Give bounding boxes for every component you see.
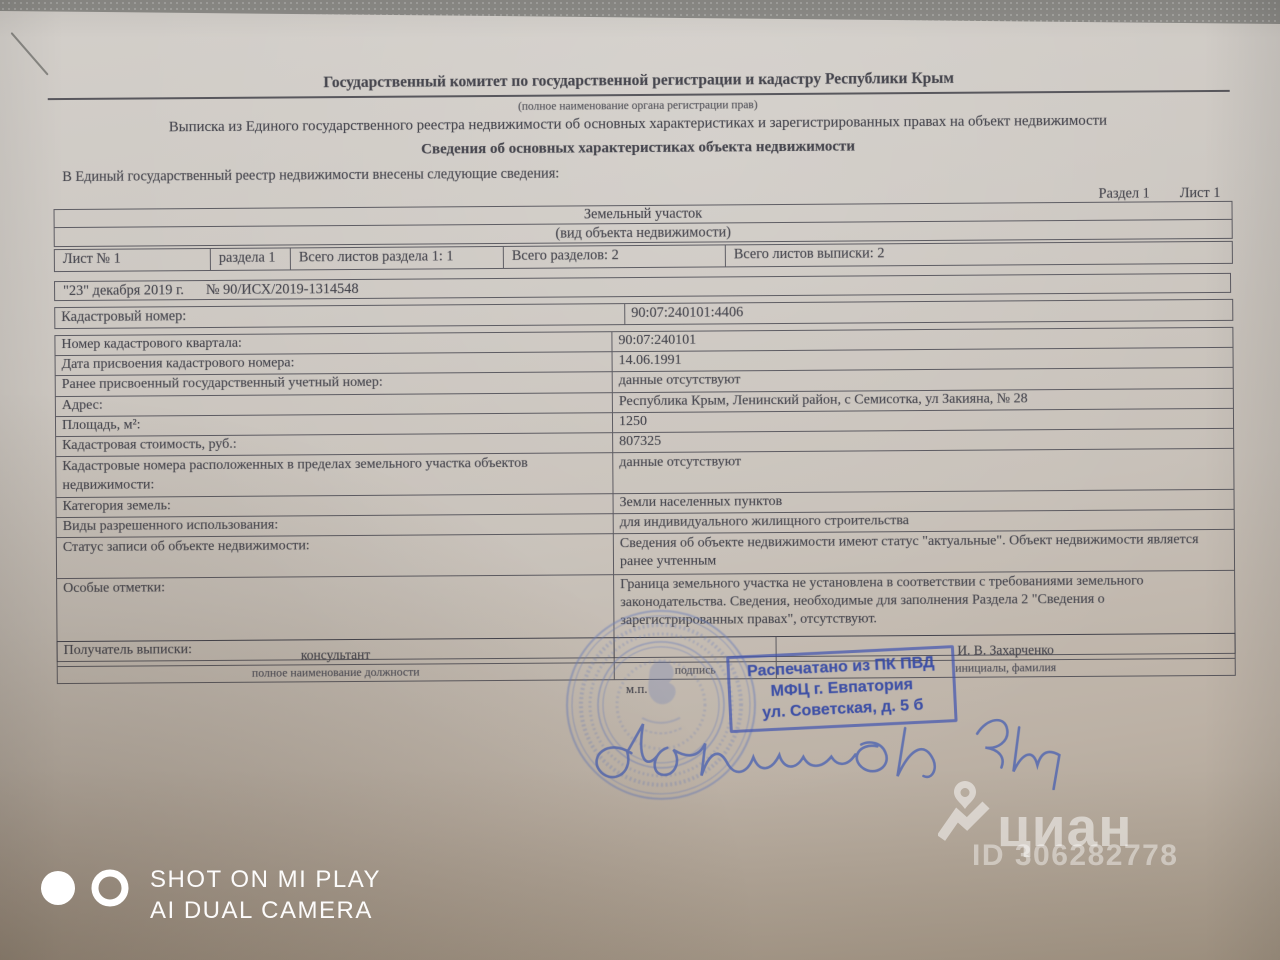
section-label: Раздел 1	[1099, 185, 1150, 201]
total-sheets-cell: Всего листов раздела 1: 1	[290, 247, 503, 269]
document-subtitle: Сведения об основных характеристиках объ…	[0, 136, 1278, 162]
cian-person-pin-icon	[938, 780, 992, 842]
total-extract-sheets-cell: Всего листов выписки: 2	[725, 242, 1232, 267]
intro-line: В Единый государственный реестр недвижим…	[62, 166, 559, 186]
object-type-box: Земельный участок (вид объекта недвижимо…	[54, 201, 1233, 247]
camera-watermark-line2: AI DUAL CAMERA	[150, 895, 381, 926]
sheet-label: Лист 1	[1180, 185, 1221, 201]
camera-watermark-line1: SHOT ON MI PLAY	[150, 864, 381, 895]
cadastral-number-value: 90:07:240101:4406	[625, 300, 1232, 324]
date-number-box: "23" декабря 2019 г.№ 90/ИСХ/2019-131454…	[54, 273, 1231, 301]
handwritten-signature	[587, 705, 1068, 793]
table-row: Кадастровые номера расположенных в преде…	[56, 448, 1233, 497]
camera-circles-icon	[38, 866, 138, 910]
document-title: Выписка из Единого государственного реес…	[0, 112, 1278, 138]
total-sections-cell: Всего разделов: 2	[503, 245, 725, 268]
cadastral-number-label: Кадастровый номер:	[55, 304, 625, 328]
position-note: полное наименование должности	[58, 663, 615, 683]
photo-of-document: Государственный комитет по государственн…	[0, 0, 1280, 960]
sheet-number-cell: Лист № 1	[55, 249, 210, 271]
signer-position: консультант	[58, 638, 615, 666]
document-number: № 90/ИСХ/2019-1314548	[206, 281, 359, 298]
section-number-cell: раздела 1	[210, 248, 290, 270]
authority-title: Государственный комитет по государственн…	[48, 68, 1230, 100]
cadastral-number-box: Кадастровый номер: 90:07:240101:4406	[54, 299, 1233, 329]
camera-watermark-text: SHOT ON MI PLAY AI DUAL CAMERA	[150, 864, 381, 926]
issue-date: "23" декабря 2019 г.	[63, 282, 184, 299]
cian-id-watermark: ID 306282778	[972, 839, 1179, 873]
table-row: Статус записи об объекте недвижимости:Св…	[57, 529, 1234, 578]
